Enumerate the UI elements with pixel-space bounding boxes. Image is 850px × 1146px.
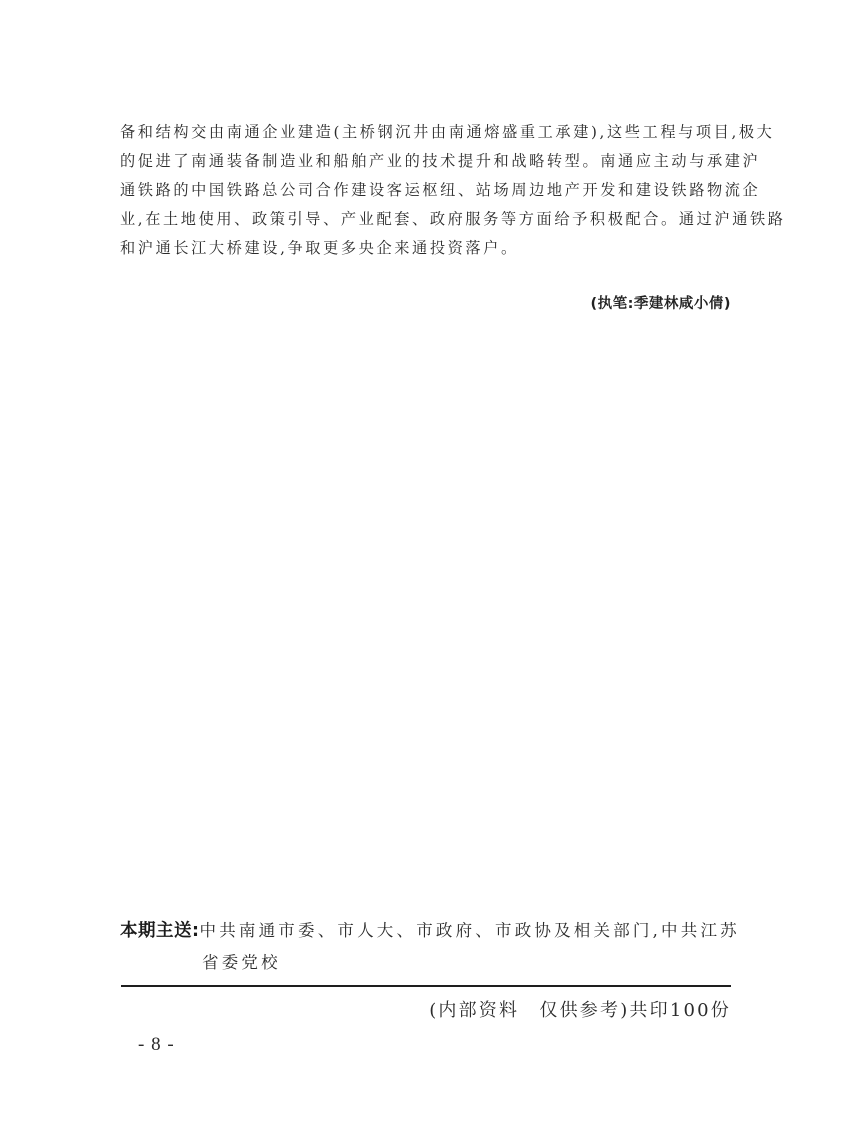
distribution-row: 本期主送: 中共南通市委、市人大、市政府、市政协及相关部门,中共江苏 (120, 915, 732, 947)
author-credit: (执笔:季建林咸小倩) (590, 292, 731, 313)
distribution-block: 本期主送: 中共南通市委、市人大、市政府、市政协及相关部门,中共江苏 省委党校 (120, 915, 732, 979)
body-line-3: 通铁路的中国铁路总公司合作建设客运枢纽、站场周边地产开发和建设铁路物流企 (120, 176, 732, 205)
print-note: (内部资料 仅供参考)共印100份 (429, 996, 731, 1022)
body-line-5: 和沪通长江大桥建设,争取更多央企来通投资落户。 (120, 234, 732, 263)
body-line-2: 的促进了南通装备制造业和船舶产业的技术提升和战略转型。南通应主动与承建沪 (120, 147, 732, 176)
distribution-label: 本期主送: (120, 915, 200, 947)
body-line-1: 备和结构交由南通企业建造(主桥钢沉井由南通熔盛重工承建),这些工程与项目,极大 (120, 118, 732, 147)
page-number: - 8 - (138, 1034, 175, 1056)
document-page: 备和结构交由南通企业建造(主桥钢沉井由南通熔盛重工承建),这些工程与项目,极大 … (0, 0, 850, 1146)
distribution-recipients-continued: 省委党校 (120, 947, 732, 979)
body-line-4: 业,在土地使用、政策引导、产业配套、政府服务等方面给予积极配合。通过沪通铁路 (120, 205, 732, 234)
distribution-recipients: 中共南通市委、市人大、市政府、市政协及相关部门,中共江苏 (200, 915, 740, 947)
footer-divider (121, 985, 731, 987)
body-paragraph: 备和结构交由南通企业建造(主桥钢沉井由南通熔盛重工承建),这些工程与项目,极大 … (120, 118, 732, 263)
